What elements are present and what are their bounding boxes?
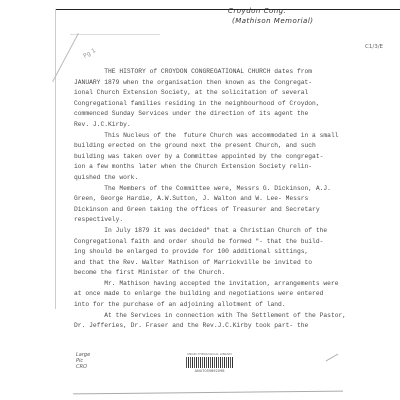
barcode-icon [186, 357, 233, 368]
stamp-label: UNION THEOLOGICAL LIBRARY [182, 352, 237, 356]
reference-number: C1/3/E [365, 44, 383, 50]
paragraph-2: This Nucleus of the future Church was ac… [74, 132, 339, 181]
stamp-number: ANU7055692098 [182, 369, 237, 373]
paragraph-5: Mr. Mathison having accepted the invitat… [74, 280, 339, 308]
pencil-mark [326, 354, 339, 362]
margin-note: Large Pic CRO [76, 352, 90, 370]
library-barcode-stamp: UNION THEOLOGICAL LIBRARY ANU7055692098 [182, 352, 237, 374]
document-body: THE HISTORY of CROYDON CONGREGATIONAL CH… [74, 67, 374, 332]
corner-annotation: Pg 1 [82, 47, 97, 60]
paragraph-1: THE HISTORY of CROYDON CONGREGATIONAL CH… [74, 68, 320, 128]
handwritten-subtitle: (Mathison Memorial) [232, 17, 314, 25]
folded-corner-edge [70, 34, 160, 35]
paragraph-3: The Members of the Committee were, Messr… [74, 185, 331, 224]
paragraph-4: In July 1879 it was decided" that a Chri… [74, 227, 327, 276]
page-edge-bottom [73, 391, 343, 395]
handwritten-title: Croydon Cong. [228, 7, 286, 15]
page-edge-left [55, 9, 56, 309]
paragraph-6: At the Services in connection with The S… [74, 312, 346, 330]
